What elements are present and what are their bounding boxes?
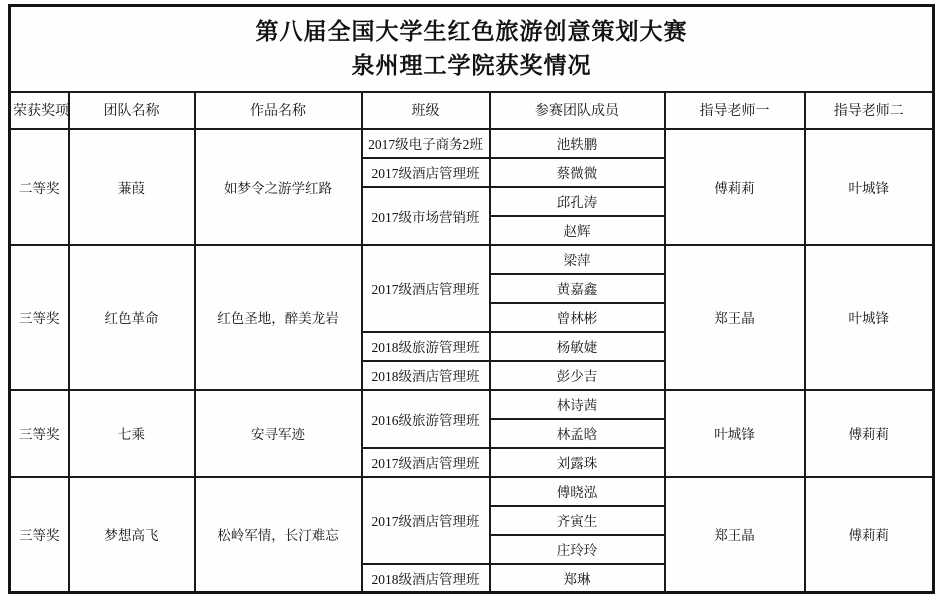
award-cell: 二等奖 — [10, 129, 69, 245]
advisor1-cell: 郑王晶 — [665, 245, 805, 390]
title-row: 第八届全国大学生红色旅游创意策划大赛 泉州理工学院获奖情况 — [10, 6, 934, 92]
work-name-cell: 松岭军情，长汀难忘 — [195, 477, 362, 593]
class-cell: 2017级酒店管理班 — [362, 477, 490, 564]
member-cell: 杨敏婕 — [490, 332, 665, 361]
member-cell: 刘露珠 — [490, 448, 665, 477]
work-name-cell: 如梦令之游学红路 — [195, 129, 362, 245]
column-header-work: 作品名称 — [195, 92, 362, 129]
page-title: 第八届全国大学生红色旅游创意策划大赛 泉州理工学院获奖情况 — [10, 6, 934, 92]
work-name-cell: 安寻军迹 — [195, 390, 362, 477]
awards-table: 第八届全国大学生红色旅游创意策划大赛 泉州理工学院获奖情况 荣获奖项 团队名称 … — [8, 4, 935, 594]
column-header-advisor2: 指导老师二 — [805, 92, 934, 129]
advisor2-cell: 傅莉莉 — [805, 390, 934, 477]
member-cell: 黄嘉鑫 — [490, 274, 665, 303]
class-cell: 2017级市场营销班 — [362, 187, 490, 245]
table-row: 三等奖 红色革命 红色圣地，醉美龙岩 2017级酒店管理班 梁萍 郑王晶 叶城锋 — [10, 245, 934, 274]
team-name-cell: 蒹葭 — [69, 129, 195, 245]
header-row: 荣获奖项 团队名称 作品名称 班级 参赛团队成员 指导老师一 指导老师二 — [10, 92, 934, 129]
advisor1-cell: 叶城锋 — [665, 390, 805, 477]
member-cell: 齐寅生 — [490, 506, 665, 535]
advisor1-cell: 郑王晶 — [665, 477, 805, 593]
advisor2-cell: 叶城锋 — [805, 129, 934, 245]
table-row: 二等奖 蒹葭 如梦令之游学红路 2017级电子商务2班 池轶鹏 傅莉莉 叶城锋 — [10, 129, 934, 158]
team-name-cell: 梦想高飞 — [69, 477, 195, 593]
class-cell: 2016级旅游管理班 — [362, 390, 490, 448]
class-cell: 2017级电子商务2班 — [362, 129, 490, 158]
advisor1-cell: 傅莉莉 — [665, 129, 805, 245]
page-title-line1: 第八届全国大学生红色旅游创意策划大赛 — [13, 15, 930, 49]
class-cell: 2017级酒店管理班 — [362, 448, 490, 477]
member-cell: 庄玲玲 — [490, 535, 665, 564]
class-cell: 2018级旅游管理班 — [362, 332, 490, 361]
team-name-cell: 红色革命 — [69, 245, 195, 390]
table-row: 三等奖 七乘 安寻军迹 2016级旅游管理班 林诗茜 叶城锋 傅莉莉 — [10, 390, 934, 419]
column-header-award: 荣获奖项 — [10, 92, 69, 129]
member-cell: 蔡微微 — [490, 158, 665, 187]
award-cell: 三等奖 — [10, 245, 69, 390]
member-cell: 林诗茜 — [490, 390, 665, 419]
member-cell: 曾林彬 — [490, 303, 665, 332]
member-cell: 赵辉 — [490, 216, 665, 245]
column-header-members: 参赛团队成员 — [490, 92, 665, 129]
column-header-team: 团队名称 — [69, 92, 195, 129]
page: 第八届全国大学生红色旅游创意策划大赛 泉州理工学院获奖情况 荣获奖项 团队名称 … — [0, 0, 940, 610]
member-cell: 梁萍 — [490, 245, 665, 274]
table-row: 三等奖 梦想高飞 松岭军情，长汀难忘 2017级酒店管理班 傅晓泓 郑王晶 傅莉… — [10, 477, 934, 506]
page-title-line2: 泉州理工学院获奖情况 — [13, 49, 930, 83]
team-name-cell: 七乘 — [69, 390, 195, 477]
class-cell: 2017级酒店管理班 — [362, 245, 490, 332]
class-cell: 2017级酒店管理班 — [362, 158, 490, 187]
member-cell: 郑琳 — [490, 564, 665, 593]
column-header-class: 班级 — [362, 92, 490, 129]
advisor2-cell: 傅莉莉 — [805, 477, 934, 593]
column-header-advisor1: 指导老师一 — [665, 92, 805, 129]
member-cell: 林孟晗 — [490, 419, 665, 448]
member-cell: 傅晓泓 — [490, 477, 665, 506]
work-name-cell: 红色圣地，醉美龙岩 — [195, 245, 362, 390]
award-cell: 三等奖 — [10, 390, 69, 477]
member-cell: 邱孔涛 — [490, 187, 665, 216]
award-cell: 三等奖 — [10, 477, 69, 593]
class-cell: 2018级酒店管理班 — [362, 564, 490, 593]
member-cell: 池轶鹏 — [490, 129, 665, 158]
advisor2-cell: 叶城锋 — [805, 245, 934, 390]
member-cell: 彭少吉 — [490, 361, 665, 390]
class-cell: 2018级酒店管理班 — [362, 361, 490, 390]
